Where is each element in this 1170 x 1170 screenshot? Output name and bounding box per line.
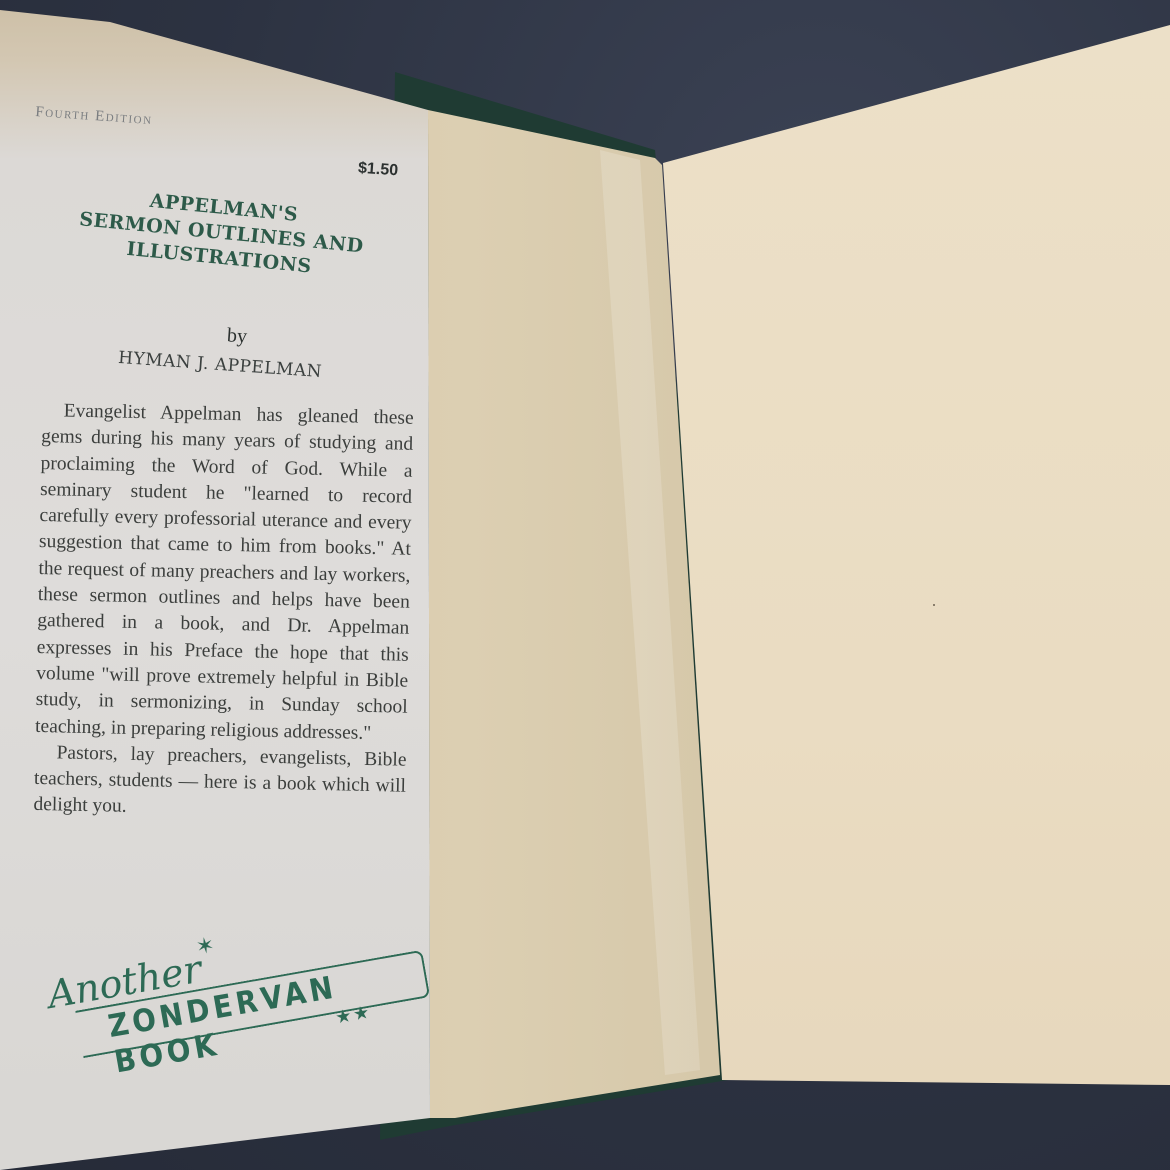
book-title: APPELMAN'S SERMON OUTLINES AND ILLUSTRAT… [54, 180, 390, 286]
paper-speck [933, 604, 935, 606]
blurb-paragraph-2: Pastors, lay preachers, evangelists, Bib… [33, 740, 407, 827]
blurb-paragraph-1: Evangelist Appelman has gleaned these ge… [35, 398, 414, 748]
author-name: HYMAN J. APPELMAN [118, 348, 323, 382]
edition-label: Fourth Edition [35, 104, 153, 129]
zondervan-logo: Another ✶ ZONDERVAN BOOK ★★ [35, 887, 445, 1102]
by-label: by [226, 324, 248, 348]
star-icon: ✶ [194, 932, 217, 961]
price-label: $1.50 [357, 160, 398, 181]
flap-blurb: Evangelist Appelman has gleaned these ge… [33, 398, 414, 826]
